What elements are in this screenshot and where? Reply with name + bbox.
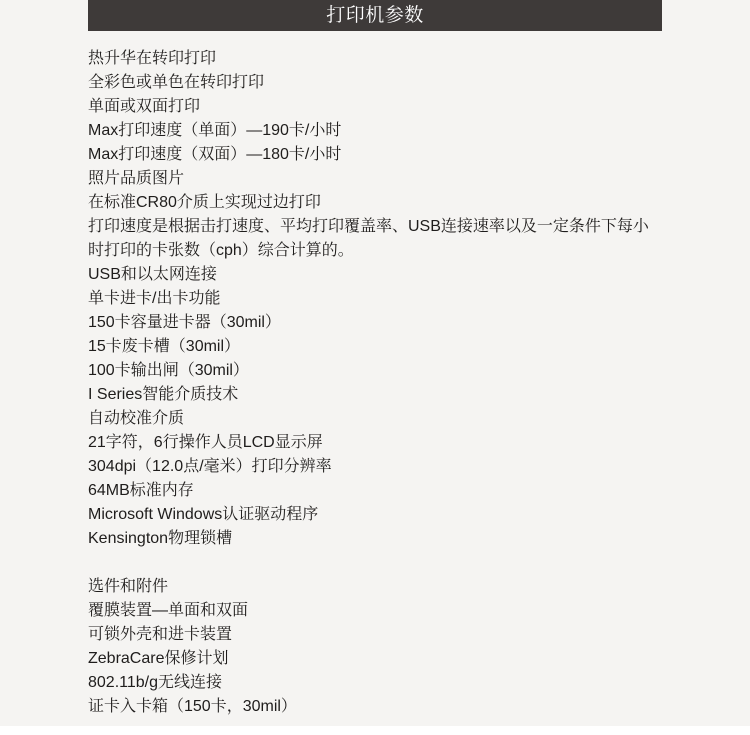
spec-line: Max打印速度（单面）—190卡/小时 xyxy=(88,119,664,143)
spec-line: 热升华在转印打印 xyxy=(88,47,664,71)
spec-line: USB和以太网连接 xyxy=(88,263,664,287)
spec-line: 15卡废卡槽（30mil） xyxy=(88,335,664,359)
header-bar: 打印机参数 xyxy=(88,0,662,31)
accessory-line: 802.11b/g无线连接 xyxy=(88,671,664,695)
spec-line: Kensington物理锁槽 xyxy=(88,527,664,551)
accessory-line: 证卡入卡箱（150卡，30mil） xyxy=(88,695,664,719)
footer-strip xyxy=(0,726,750,735)
page: 打印机参数 热升华在转印打印 全彩色或单色在转印打印 单面或双面打印 Max打印… xyxy=(0,0,750,726)
spec-line: 单卡进卡/出卡功能 xyxy=(88,287,664,311)
spec-line: 在标准CR80介质上实现过边打印 xyxy=(88,191,664,215)
spec-line: 100卡输出闸（30mil） xyxy=(88,359,664,383)
spec-line: 304dpi（12.0点/毫米）打印分辨率 xyxy=(88,455,664,479)
spec-line: 全彩色或单色在转印打印 xyxy=(88,71,664,95)
accessory-line: ZebraCare保修计划 xyxy=(88,647,664,671)
spec-line: Microsoft Windows认证驱动程序 xyxy=(88,503,664,527)
page-title: 打印机参数 xyxy=(326,0,424,31)
accessories-heading: 选件和附件 xyxy=(88,575,664,599)
spec-line-print-speed-note: 打印速度是根据击打速度、平均打印覆盖率、USB连接速率以及一定条件下每小时打印的… xyxy=(88,215,664,263)
spec-line: 单面或双面打印 xyxy=(88,95,664,119)
spec-line: 64MB标准内存 xyxy=(88,479,664,503)
section-spacer xyxy=(88,551,664,575)
spec-line: 150卡容量进卡器（30mil） xyxy=(88,311,664,335)
accessory-line: 覆膜装置—单面和双面 xyxy=(88,599,664,623)
spec-line: 照片品质图片 xyxy=(88,167,664,191)
spec-line: 21字符，6行操作人员LCD显示屏 xyxy=(88,431,664,455)
spec-line: Max打印速度（双面）—180卡/小时 xyxy=(88,143,664,167)
spec-list: 热升华在转印打印 全彩色或单色在转印打印 单面或双面打印 Max打印速度（单面）… xyxy=(88,47,664,719)
accessory-line: 可锁外壳和进卡装置 xyxy=(88,623,664,647)
spec-line: I Series智能介质技术 xyxy=(88,383,664,407)
spec-line: 自动校准介质 xyxy=(88,407,664,431)
